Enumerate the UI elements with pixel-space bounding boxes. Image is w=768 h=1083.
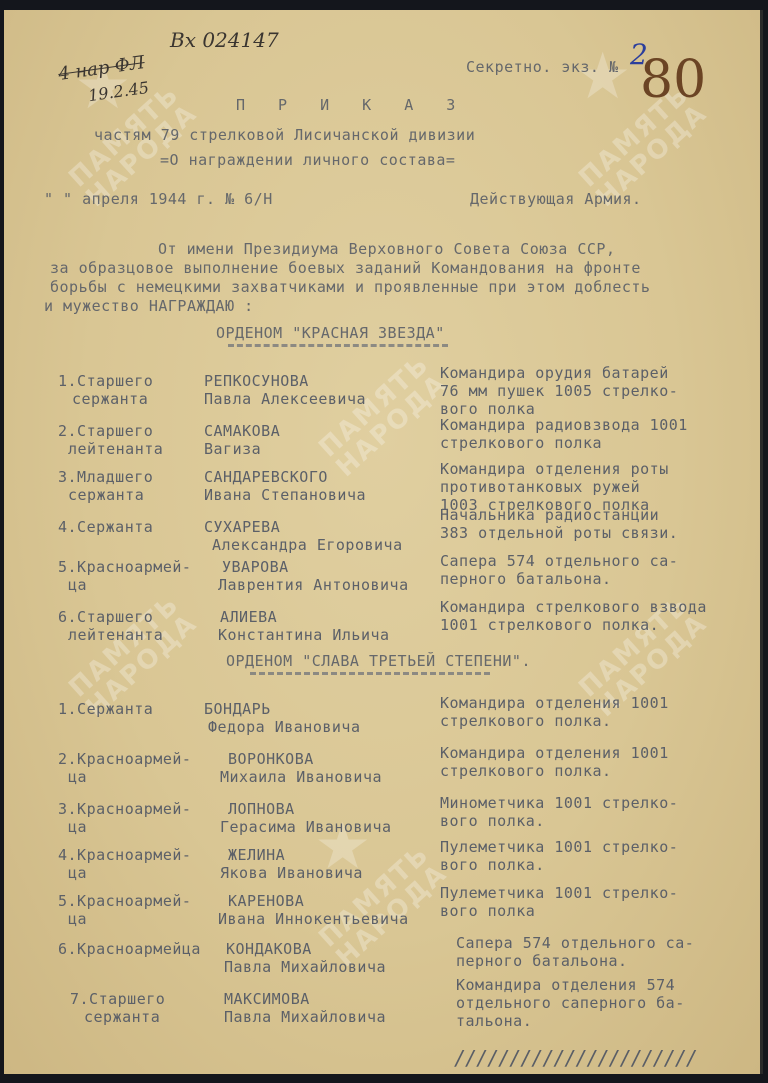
end-marks: ////////////////////// xyxy=(454,1046,697,1070)
watermark: ПАМЯТЬНАРОДА xyxy=(314,350,452,481)
document-page: ПАМЯТЬНАРОДА ПАМЯТЬНАРОДА ПАМЯТЬНАРОДА П… xyxy=(4,10,763,1074)
preamble-line: От имени Президиума Верховного Совета Со… xyxy=(158,240,615,258)
section-underline xyxy=(228,344,448,347)
handwritten-reference: Вх 024147 xyxy=(170,28,279,52)
classification-label: Секретно. экз. № xyxy=(466,58,619,76)
document-subtitle: частям 79 стрелковой Лисичанской дивизии xyxy=(94,126,475,144)
handwritten-page-number-brown: 80 xyxy=(640,50,706,110)
document-subject: =О награждении личного состава= xyxy=(160,151,455,169)
section-heading: ОРДЕНОМ "КРАСНАЯ ЗВЕЗДА" xyxy=(216,324,445,342)
document-date-number: " " апреля 1944 г. № 6/Н xyxy=(44,190,273,208)
preamble-line: и мужество НАГРАЖДАЮ : xyxy=(44,297,254,315)
preamble-line: за образцовое выполнение боевых заданий … xyxy=(50,259,641,277)
watermark-star-icon: ★ xyxy=(574,40,631,114)
section-underline xyxy=(250,672,490,675)
section-heading: ОРДЕНОМ "СЛАВА ТРЕТЬЕЙ СТЕПЕНИ". xyxy=(226,652,531,670)
preamble-line: борьбы с немецкими захватчиками и проявл… xyxy=(50,278,650,296)
document-location: Действующая Армия. xyxy=(470,190,642,208)
document-title: П Р И К А З xyxy=(236,96,467,114)
